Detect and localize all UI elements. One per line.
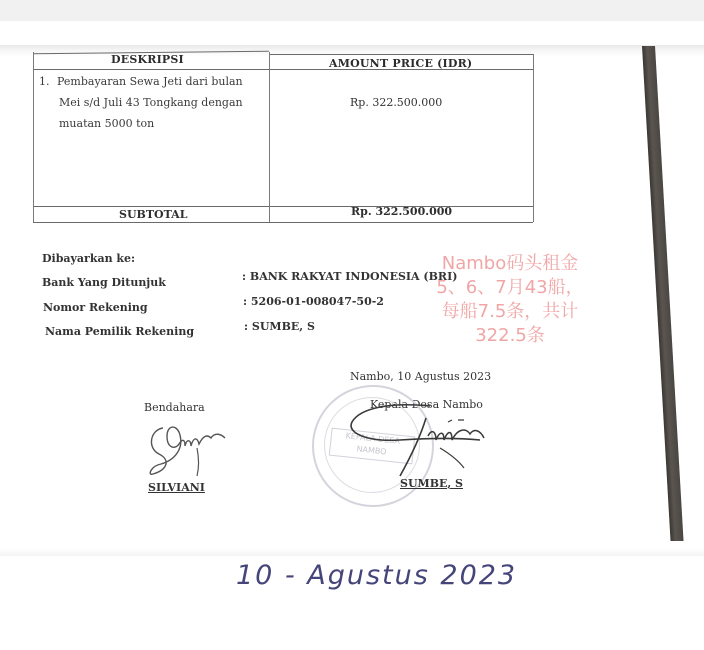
table-left-border: [33, 52, 34, 222]
row-amount: Rp. 322.500.000: [350, 96, 442, 109]
payment-heading: Dibayarkan ke:: [42, 252, 135, 265]
table-right-border: [533, 54, 534, 222]
invoice-table: DESKRIPSI AMOUNT PRICE (IDR) 1.Pembayara…: [33, 52, 533, 222]
description-line-3: muatan 5000 ton: [39, 113, 269, 134]
right-signatory-name: SUMBE, S: [400, 477, 463, 490]
header-description: DESKRIPSI: [111, 53, 184, 66]
subtotal-amount: Rp. 322.500.000: [351, 205, 452, 218]
place-date: Nambo, 10 Agustus 2023: [350, 370, 491, 383]
top-band: [0, 0, 704, 21]
row-number: 1.: [39, 71, 57, 92]
subtotal-divider: [33, 206, 533, 207]
left-signature-icon: [145, 418, 235, 482]
left-signatory-name: SILVIANI: [148, 481, 205, 494]
annotation-line-3: 每船7.5条，共计: [400, 300, 620, 324]
account-holder-value: : SUMBE, S: [244, 320, 315, 333]
subtotal-label: SUBTOTAL: [119, 208, 187, 221]
handwritten-date: 10 - Agustus 2023: [236, 560, 517, 591]
annotation-line-2: 5、6、7月43船，: [400, 276, 620, 300]
header-amount: AMOUNT PRICE (IDR): [329, 57, 472, 70]
annotation-line-4: 322.5条: [400, 324, 620, 348]
description-line-1: Pembayaran Sewa Jeti dari bulan: [57, 75, 243, 88]
annotation-line-1: Nambo码头租金: [400, 252, 620, 276]
account-holder-label: Nama Pemilik Rekening: [45, 325, 194, 338]
account-number-label: Nomor Rekening: [43, 301, 148, 314]
table-bottom-border: [33, 222, 533, 223]
right-signature-icon: [340, 398, 500, 488]
column-divider: [269, 52, 270, 222]
bank-label: Bank Yang Ditunjuk: [42, 276, 166, 289]
table-row: 1.Pembayaran Sewa Jeti dari bulan Mei s/…: [39, 71, 269, 134]
scan-bottom-edge: [0, 548, 704, 556]
chinese-annotation: Nambo码头租金 5、6、7月43船， 每船7.5条，共计 322.5条: [400, 252, 620, 348]
description-line-2: Mei s/d Juli 43 Tongkang dengan: [39, 92, 269, 113]
table-top-border: [269, 54, 533, 55]
left-signatory-title: Bendahara: [144, 401, 205, 414]
account-number-value: : 5206-01-008047-50-2: [243, 295, 384, 308]
